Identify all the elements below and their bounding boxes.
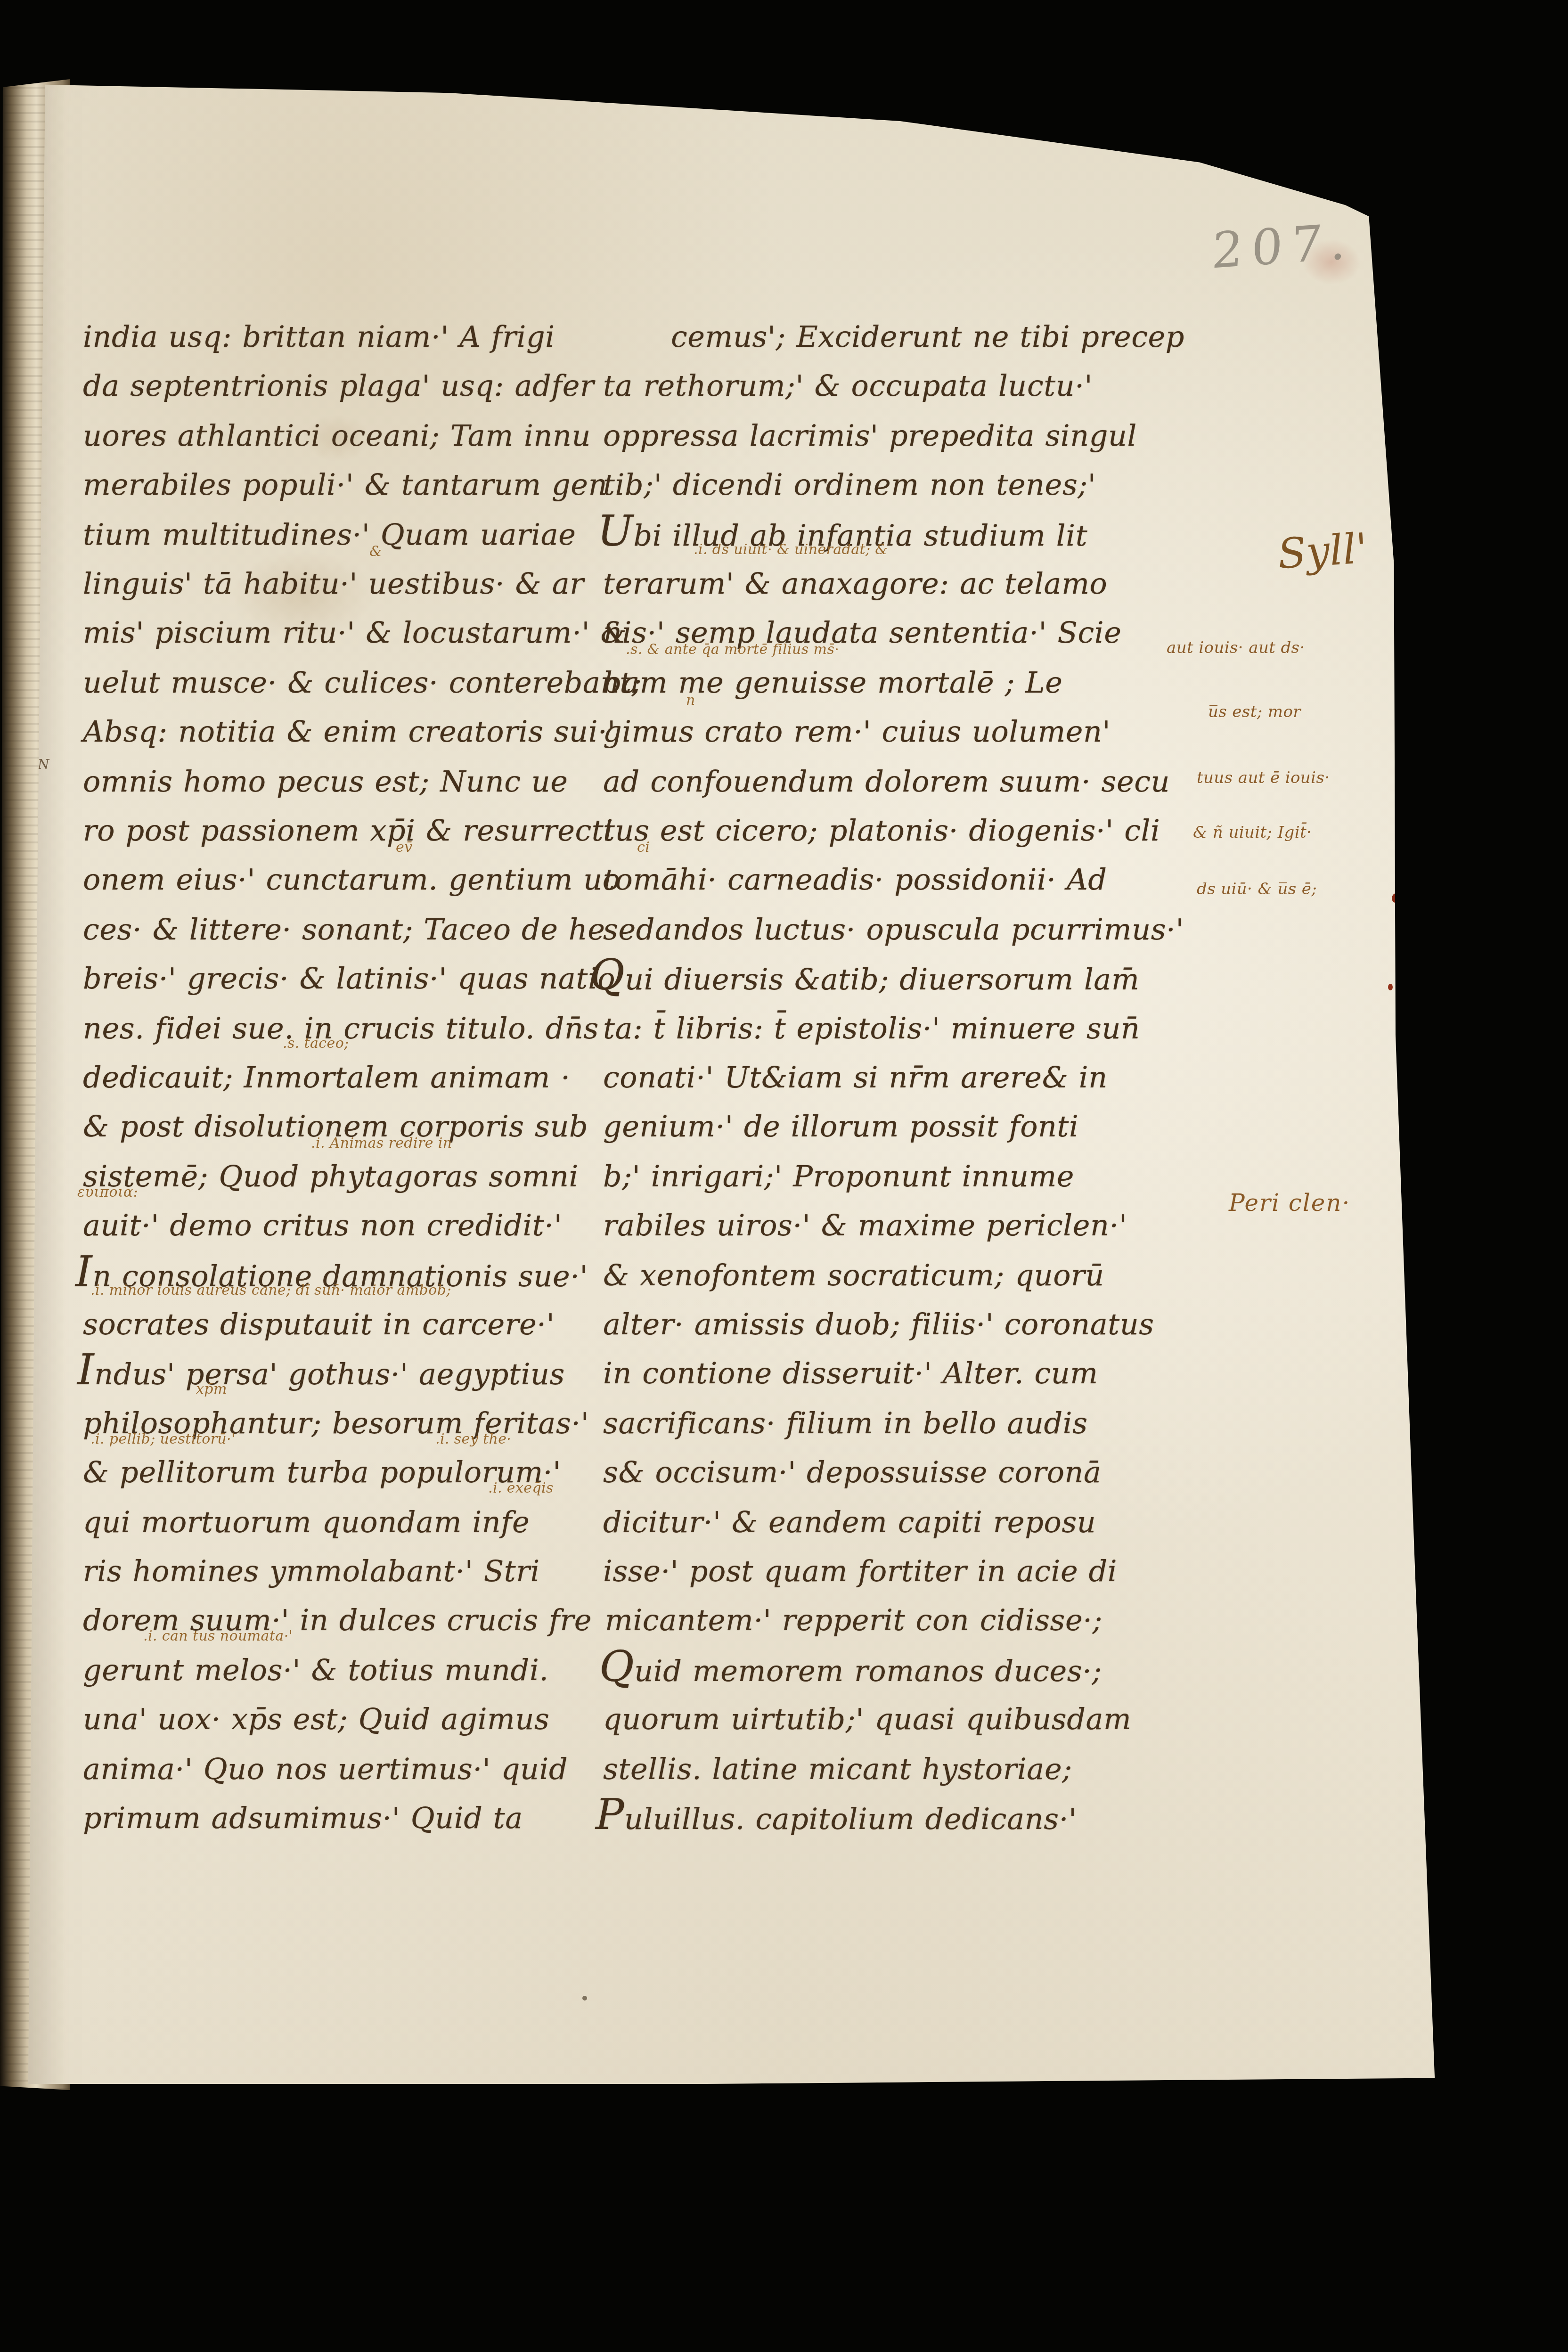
text-column-right: cemus'; Exciderunt ne tibi precepta reth…	[603, 0, 1225, 2167]
margin-note-line: ds uiū· & u̅s ē;	[1197, 880, 1317, 899]
interlinear-gloss: .i. Animas redire in	[311, 1135, 452, 1151]
manuscript-line: cemus'; Exciderunt ne tibi precep	[671, 313, 1184, 362]
manuscript-line: terarum' & anaxagore: ac telamo	[603, 560, 1107, 609]
littera-notabilior: P	[596, 1789, 624, 1839]
red-ink-speck	[1392, 893, 1399, 903]
littera-notabilior: I	[77, 1345, 94, 1395]
manuscript-line: s& occisum·' depossuisse coronā	[603, 1448, 1102, 1497]
manuscript-line: rabiles uiros·' & maxime periclen·'	[603, 1201, 1127, 1250]
manuscript-line: anima·' Quo nos uertimus·' quid	[83, 1745, 568, 1794]
manuscript-line: Indus' persa' gothus·' aegyptius	[77, 1350, 565, 1399]
manuscript-line: socrates disputauit in carcere·'	[83, 1300, 555, 1349]
manuscript-line: uores athlantici oceani; Tam innu	[83, 412, 591, 461]
manuscript-line: onem eius·' cunctarum. gentium uo	[83, 856, 621, 905]
manuscript-line: gerunt melos·' & totius mundi.	[83, 1646, 549, 1695]
interlinear-gloss: n	[686, 692, 695, 709]
interlinear-gloss: .i. exeq̄is	[488, 1479, 554, 1496]
littera-notabilior: Q	[590, 950, 625, 1000]
margin-note-periclen: Peri clen·	[1229, 1189, 1350, 1217]
folio-number-pencil: 207.	[1210, 213, 1356, 280]
manuscript-line: india usq: brittan niam·' A frigi	[83, 313, 555, 362]
manuscript-line: Absq: notitia & enim creatoris sui·'	[83, 708, 616, 757]
interlinear-gloss: .i. sey the·	[435, 1430, 511, 1447]
interlinear-gloss: .s. & ante q̄a mortē filius ms̄·	[626, 641, 839, 658]
manuscript-line: ta: t̄ libris: t̄ epistolis·' minuere su…	[603, 1004, 1140, 1053]
interlinear-gloss: ev̄	[396, 839, 413, 856]
manuscript-line: genium·' de illorum possit fonti	[603, 1103, 1079, 1152]
parchment-page: 207. india usq: brittan niam·' A frigida…	[0, 0, 1568, 2352]
manuscript-line: mis' piscium ritu·' & locustarum·' &	[83, 609, 627, 658]
manuscript-line: ris homines ymmolabant·' Stri	[83, 1547, 540, 1596]
manuscript-line: conati·' Ut&iam si nr̄m arere& in	[603, 1053, 1108, 1102]
manuscript-line: b;' inrigari;' Proponunt innume	[603, 1152, 1074, 1201]
margin-note-line: tuus aut ē iouis·	[1197, 769, 1330, 788]
manuscript-line: breis·' grecis· & latinis·' quas natio	[83, 955, 615, 1004]
manuscript-line: alter· amissis duob; filiis·' coronatus	[603, 1300, 1154, 1349]
manuscript-line: primum adsumimus·' Quid ta	[83, 1794, 523, 1843]
littera-notabilior: I	[75, 1246, 92, 1296]
manuscript-line: oppressa lacrimis' prepedita singul	[603, 412, 1137, 461]
manuscript-line: omnis homo pecus est; Nunc ue	[83, 757, 568, 806]
manuscript-line: sedandos luctus· opuscula pcurrimus·'	[603, 906, 1184, 955]
manuscript-line: quorum uirtutib;' quasi quibusdam	[603, 1695, 1131, 1744]
manuscript-line: linguis' tā habitu·' uestibus· & ar	[83, 560, 584, 609]
manuscript-line: sacrificans· filium in bello audis	[603, 1399, 1088, 1448]
manuscript-line: micantem·' repperit con cidisse·;	[605, 1597, 1102, 1646]
interlinear-gloss: &	[369, 543, 382, 560]
interlinear-gloss: .s. taceo;	[283, 1035, 349, 1052]
manuscript-line: qui mortuorum quondam infe	[83, 1498, 530, 1547]
manuscript-line: ad confouendum dolorem suum· secu	[603, 757, 1170, 806]
manuscript-line: dedicauit; Inmortalem animam ·	[83, 1053, 571, 1102]
manuscript-line: uelut musce· & culices· conterebant;	[83, 659, 642, 708]
manuscript-line: dicitur·' & eandem capiti reposu	[603, 1498, 1096, 1547]
manuscript-line: ces· & littere· sonant; Taceo de he	[83, 906, 605, 955]
manuscript-line: stellis. latine micant hystoriae;	[603, 1745, 1072, 1794]
manuscript-line: isse·' post quam fortiter in acie di	[603, 1547, 1117, 1596]
manuscript-scan: 207. india usq: brittan niam·' A frigida…	[0, 0, 1568, 2352]
interlinear-gloss: .i. ds uiuit· & uineradat; &	[694, 541, 888, 558]
interlinear-gloss: .i. can tus noumata·'	[143, 1627, 293, 1644]
manuscript-line: gimus crato rem·' cuius uolumen'	[603, 708, 1111, 757]
littera-notabilior: Q	[599, 1641, 634, 1691]
interlinear-gloss: .i. pellib; uestitorū·'	[90, 1430, 236, 1447]
manuscript-line: Quid memorem romanos duces·;	[599, 1646, 1102, 1695]
interlinear-gloss: ci	[637, 839, 650, 856]
margin-note-line: u̅s est; mor	[1208, 703, 1301, 722]
margin-note-line: aut iouis· aut ds·	[1167, 639, 1305, 658]
manuscript-line: merabiles populi·' & tantarum gen	[83, 461, 607, 510]
interlinear-gloss: .i. minor iouis aureus cane; dī sun̄· ma…	[90, 1282, 451, 1298]
manuscript-line: una' uox· xp̄s est; Quid agimus	[83, 1695, 549, 1744]
manuscript-line: tus est cicero; platonis· diogenis·' cli	[603, 807, 1160, 856]
manuscript-line: da septentrionis plaga' usq: adfer	[83, 362, 594, 411]
manuscript-line: tium multitudines·' Quam uariae	[83, 510, 576, 559]
margin-note-line: & ñ uiuit; Igit̄·	[1193, 824, 1312, 842]
interlinear-gloss: xp̄m	[196, 1380, 227, 1397]
manuscript-line: auit·' demo critus non credidit·'	[83, 1201, 562, 1250]
manuscript-line: bam me genuisse mortalē ; Le	[603, 659, 1063, 708]
manuscript-line: sistemē; Quod phytagoras somni	[83, 1152, 579, 1201]
manuscript-line: & xenofontem socraticum; quorū	[603, 1251, 1104, 1300]
manuscript-line: Qui diuersis &atib; diuersorum lam̄	[590, 955, 1139, 1004]
margin-nota-mark: N	[38, 758, 49, 773]
manuscript-line: ta rethorum;' & occupata luctu·'	[603, 362, 1093, 411]
text-column-left: india usq: brittan niam·' A frigida sept…	[83, 0, 611, 2167]
red-ink-speck	[1388, 984, 1393, 990]
margin-note-syllogism-title: Syll'	[1276, 524, 1369, 579]
interlinear-gloss: ευιποια:	[77, 1184, 138, 1200]
manuscript-line: Puluillus. capitolium dedicans·'	[596, 1794, 1077, 1843]
manuscript-line: tib;' dicendi ordinem non tenes;'	[603, 461, 1096, 510]
manuscript-line: in contione disseruit·' Alter. cum	[603, 1350, 1098, 1399]
manuscript-line: tomāhi· carneadis· possidonii· Ad	[603, 856, 1107, 905]
manuscript-line: ro post passionem xp̄i & resurrecti	[83, 807, 613, 856]
littera-notabilior: U	[597, 506, 633, 555]
